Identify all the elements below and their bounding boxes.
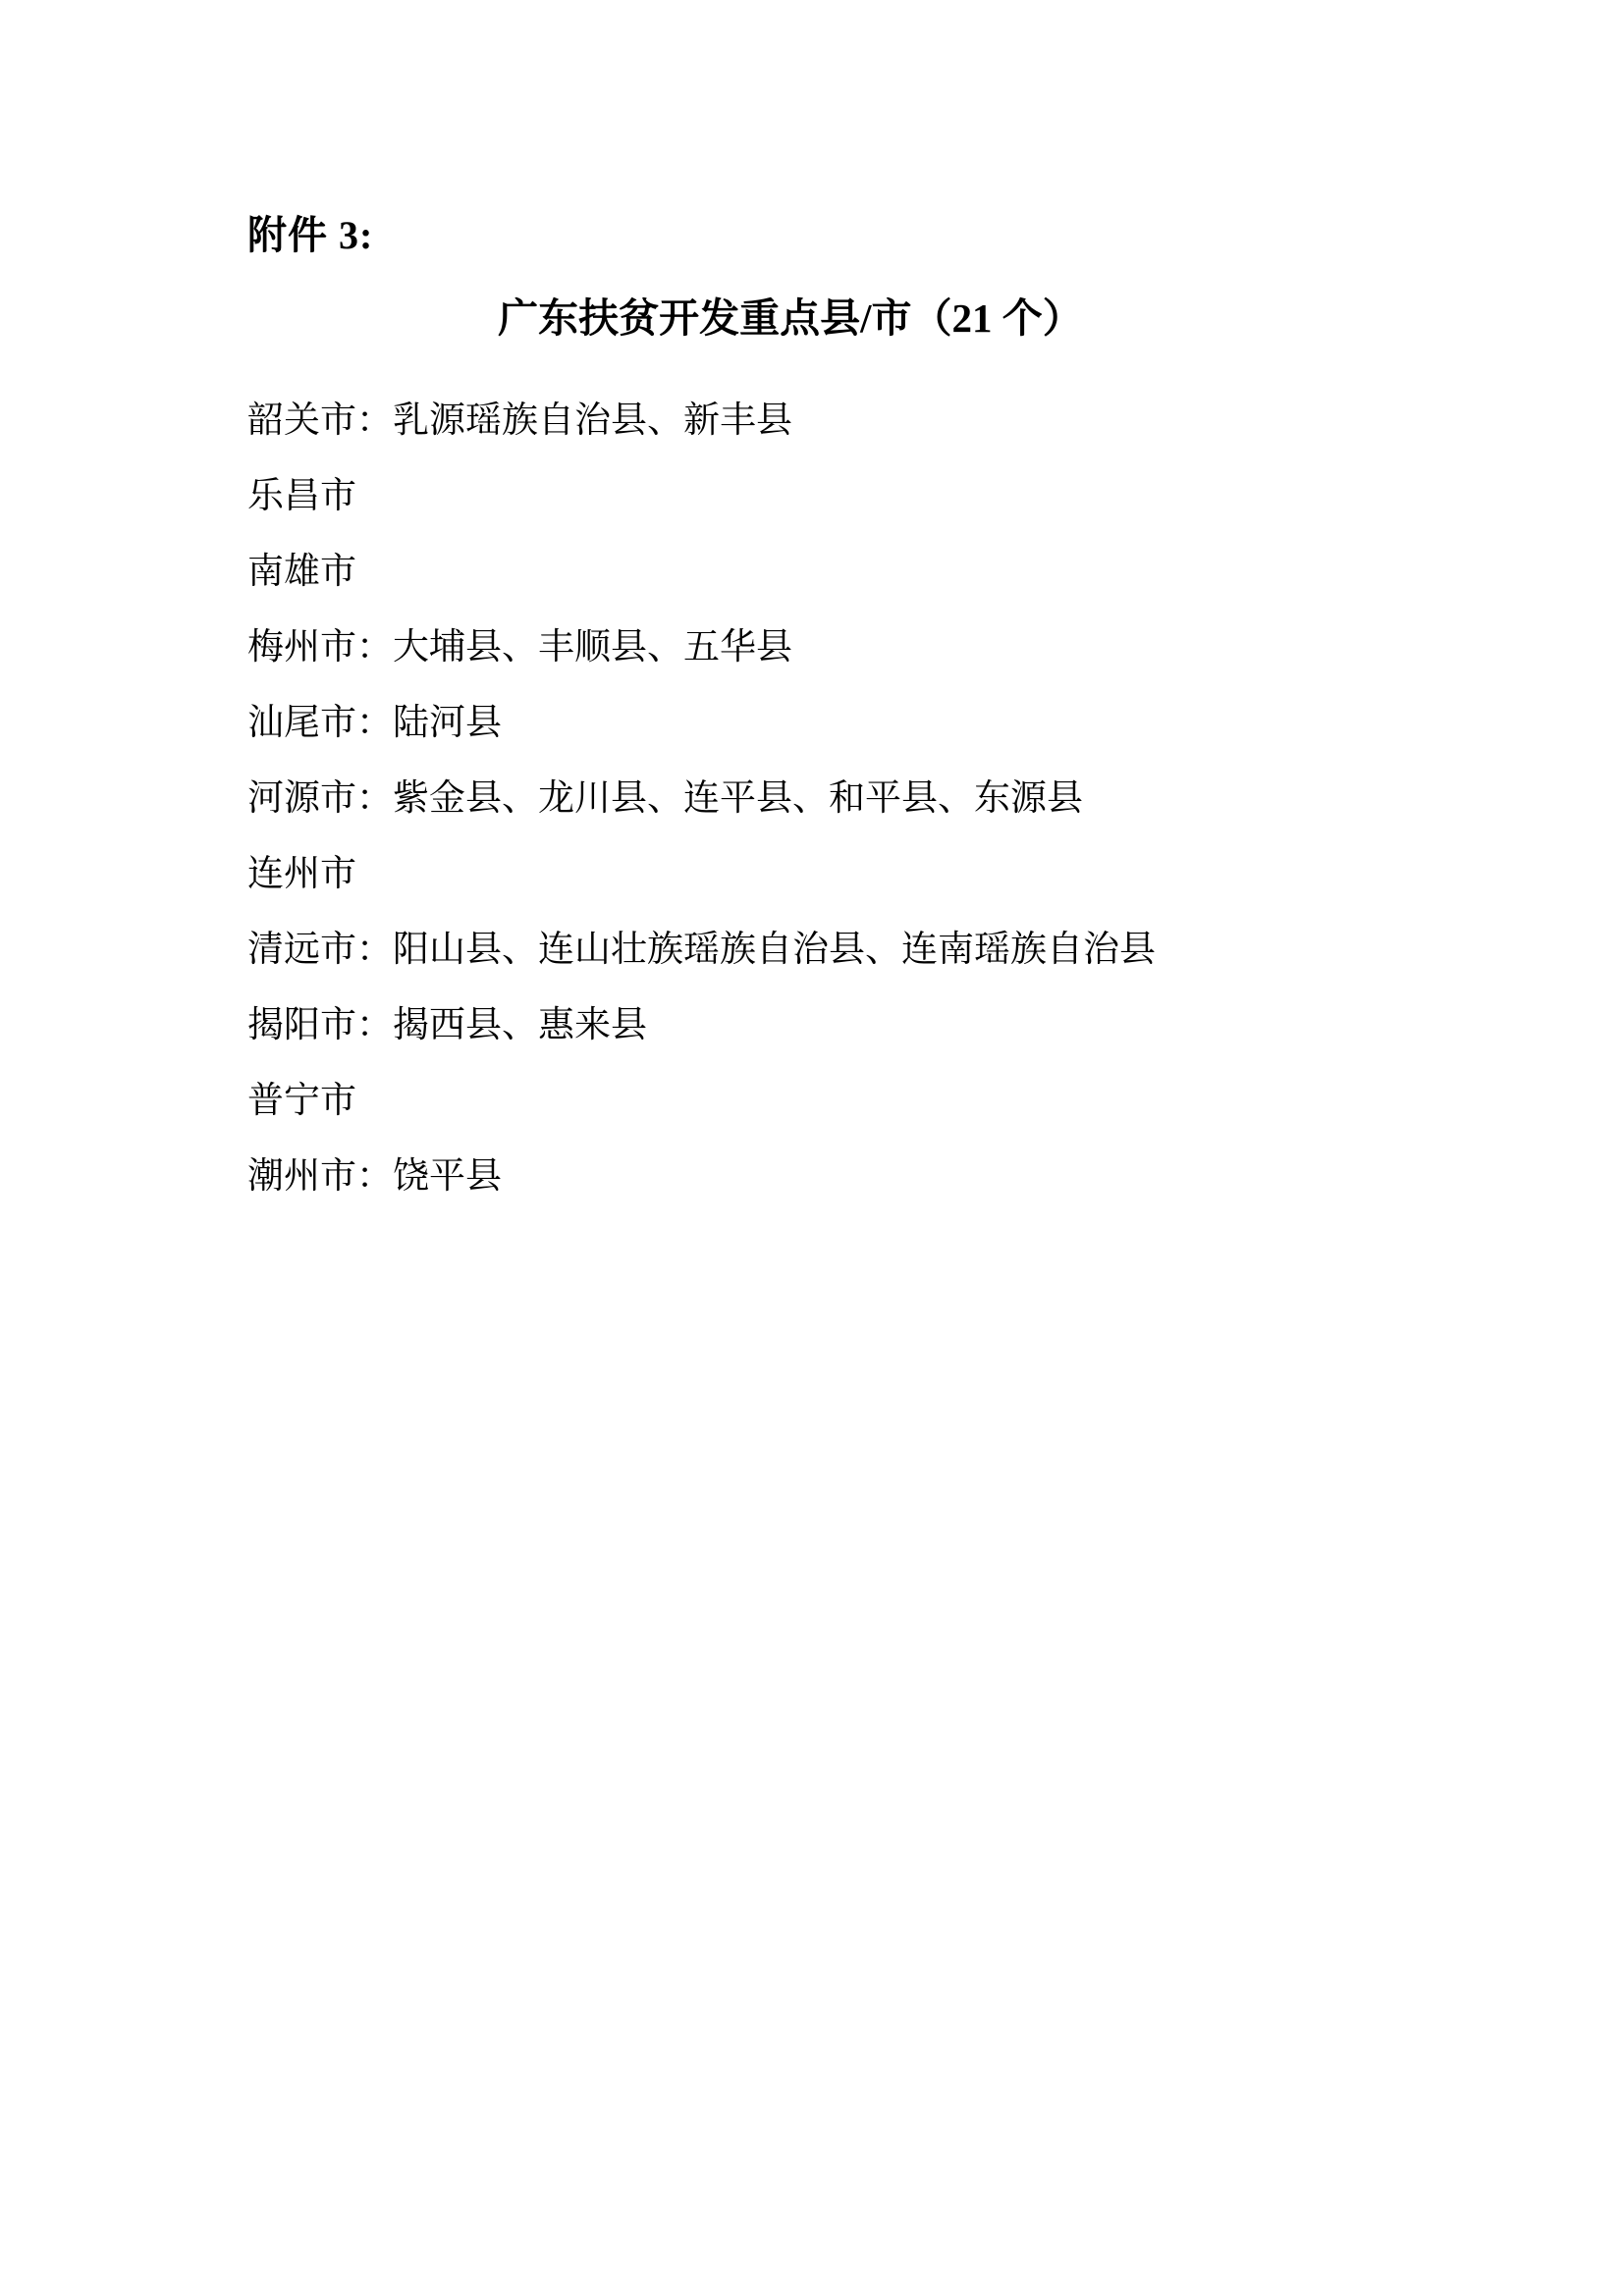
region-entry-line: 揭阳市：揭西县、惠来县 [247,988,1506,1063]
region-entry-line: 清远市：阳山县、连山壮族瑶族自治县、连南瑶族自治县 [247,912,1506,988]
region-entry-line: 梅州市：大埔县、丰顺县、五华县 [247,610,1506,685]
region-entry-line: 河源市：紫金县、龙川县、连平县、和平县、东源县 [247,761,1506,836]
region-entry-line: 普宁市 [247,1063,1506,1139]
region-entry-line: 南雄市 [247,534,1506,610]
document-title: 广东扶贫开发重点县/市（21 个） [0,294,1581,342]
region-entry-list: 韶关市：乳源瑶族自治县、新丰县乐昌市南雄市梅州市：大埔县、丰顺县、五华县汕尾市：… [247,383,1506,1214]
region-entry-line: 潮州市：饶平县 [247,1139,1506,1214]
attachment-label: 附件 3: [247,214,373,257]
document-page: 附件 3: 广东扶贫开发重点县/市（21 个） 韶关市：乳源瑶族自治县、新丰县乐… [0,0,1624,2296]
region-entry-line: 乐昌市 [247,458,1506,534]
region-entry-line: 汕尾市：陆河县 [247,685,1506,761]
region-entry-line: 韶关市：乳源瑶族自治县、新丰县 [247,383,1506,458]
region-entry-line: 连州市 [247,836,1506,912]
